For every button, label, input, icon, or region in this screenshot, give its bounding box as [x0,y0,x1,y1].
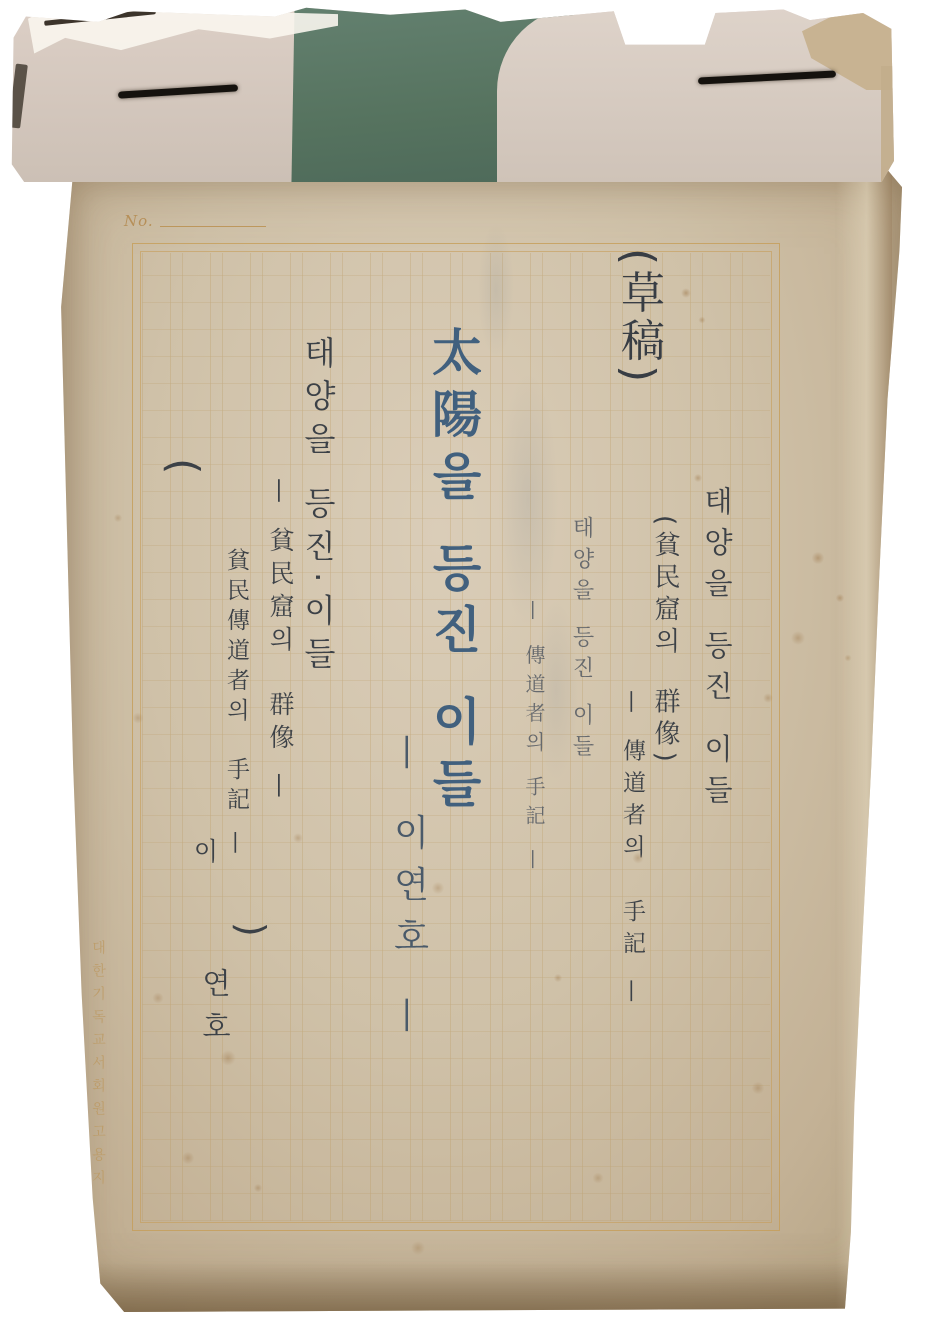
left-note-line2: 貧民傳道者의 手記 — [224,548,247,861]
clipboard-board [10,6,894,182]
torn-dark-sliver [8,64,28,129]
torn-corner-top-left [28,6,338,64]
torn-edge-right [881,66,894,182]
right-note-subtitle: (貧民窟의 群像) [652,515,678,768]
no-label: No. [124,212,154,230]
left-note-signature-rest: 연호 [200,968,229,1054]
left-note-paren-open: ( [162,458,204,474]
left-note-title: 태양을 등진·이들 [302,336,334,679]
main-title: 太陽을 등진 이들 [428,326,478,819]
photo-stage: No. 대한기독교서회원고용지 (草稿) 태양을 등진 이들 (貧民窟의 群像)… [0,0,928,1325]
publisher-imprint-vertical: 대한기독교서회원고용지 [88,940,108,1240]
left-note-paren-close: ) [232,922,270,937]
manuscript-paper: No. 대한기독교서회원고용지 (草稿) 태양을 등진 이들 (貧民窟의 群像)… [56,170,908,1312]
no-field: No. [124,212,266,230]
draft-label: (草稿) [616,248,660,386]
right-note-subnote: — 傳道者의 手記 — [620,690,643,1011]
left-note-signature-first: 이 [192,838,217,863]
binding-slit-left [118,84,238,98]
paper-bottom-edge-shadow [56,1262,908,1312]
paper-right-edge-curl [836,170,892,1312]
no-blank-line [160,225,266,227]
right-note-title: 태양을 등진 이들 [702,486,731,815]
left-note-line1: — 貧民窟의 群像 — [268,478,293,806]
center-small-note-title: 태양을 등진 이들 [570,516,592,765]
center-small-note-subnote: — 傳道者의 手記 — [524,600,544,878]
author-name: — 이연호 — [390,734,426,1049]
